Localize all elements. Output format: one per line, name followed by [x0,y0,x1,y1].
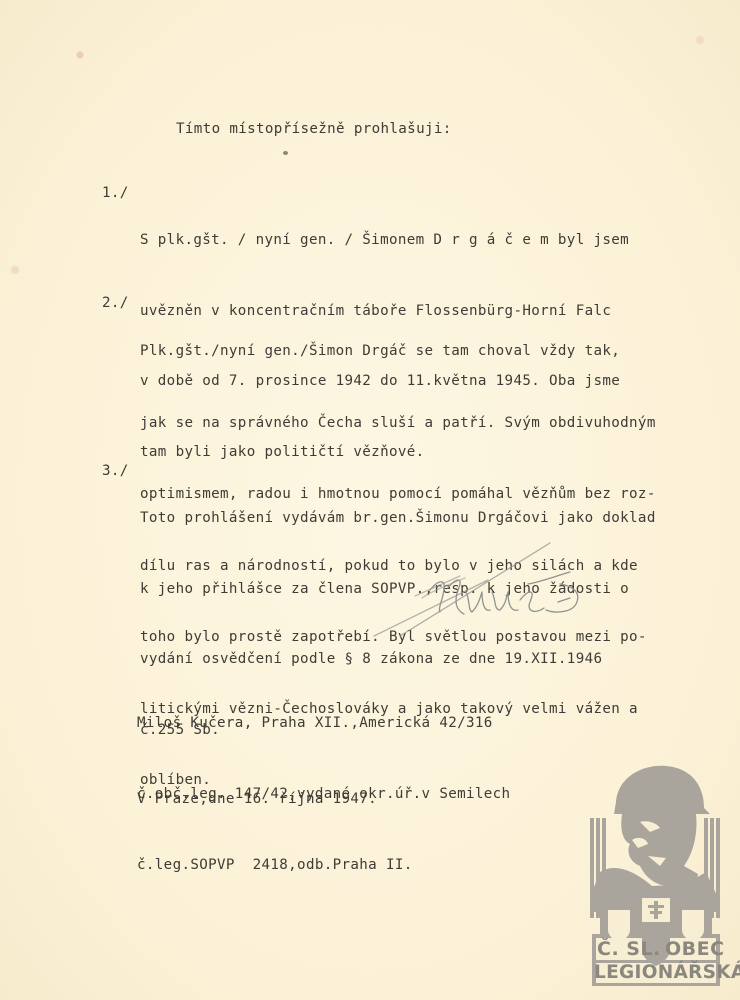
item-line: jak se na správného Čecha sluší a patří.… [140,411,656,436]
address-line: č.leg.SOPVP 2418,odb.Praha II. [137,853,510,877]
scanned-document-page: Tímto místopřísežně prohlašuji: 1./ S pl… [0,0,740,1000]
place-date-line: V Praze,dne 16. října 1947. [137,788,377,812]
item-line: S plk.gšt. / nyní gen. / Šimonem D r g á… [140,229,629,253]
declaration-item-2: 2./ Plk.gšt./nyní gen./Šimon Drgáč se ta… [102,292,138,386]
item-number: 1./ [102,182,129,206]
declaration-item-1: 1./ S plk.gšt. / nyní gen. / Šimonem D r… [102,182,138,276]
item-line: Toto prohlášení vydávám br.gen.Šimonu Dr… [140,507,656,531]
ink-dot [283,151,288,155]
declaration-heading: Tímto místopřísežně prohlašuji: [176,118,452,142]
item-number: 2./ [102,292,129,316]
declaration-item-3: 3./ Toto prohlášení vydávám br.gen.Šimon… [102,460,138,554]
emblem-text-obec: OBEC [665,938,725,960]
item-number: 3./ [102,460,129,484]
address-line: Miloš Kučera, Praha XII.,Americká 42/316 [137,711,510,735]
handwritten-signature [360,540,620,640]
item-line: Plk.gšt./nyní gen./Šimon Drgáč se tam ch… [140,339,656,364]
emblem-text-legionarska: LEGIONÁŘSKÁ [594,962,740,983]
emblem-text-cs-sl: Č. SL. [597,938,661,960]
